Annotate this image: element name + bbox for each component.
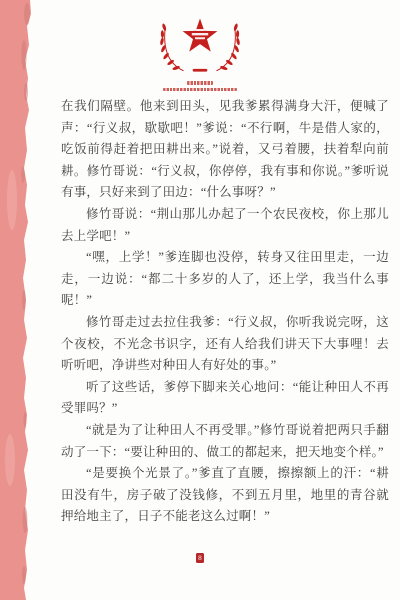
- paragraph: 修竹哥走过去拉住我爹：“行义叔，你听我说完呀，这个夜校，不光念书识字，还有人给我…: [61, 312, 389, 377]
- book-page: 在我们隔壁。他来到田头，见我爹累得满身大汗，便喊了声：“行义叔，歇歇吧！”爹说：…: [0, 0, 400, 600]
- paragraph: “就是为了让种田人不再受罪。”修竹哥说着把两只手翻动了一下：“要让种田的、做工的…: [61, 420, 389, 463]
- body-text: 在我们隔壁。他来到田头，见我爹累得满身大汗，便喊了声：“行义叔，歇歇吧！”爹说：…: [61, 96, 389, 528]
- torn-paper-strip: [0, 0, 36, 600]
- paragraph: 在我们隔壁。他来到田头，见我爹累得满身大汗，便喊了声：“行义叔，歇歇吧！”爹说：…: [61, 96, 389, 204]
- logo-caption-line-1: [187, 81, 213, 85]
- red-star-wreath-icon: [145, 13, 255, 79]
- paragraph: “是要换个光景了。”爹直了直腰，擦擦额上的汗：“耕田没有牛，房子破了没钱修，不到…: [61, 463, 389, 528]
- page-number-badge: 8: [196, 553, 204, 563]
- logo-caption-line-2: [163, 88, 237, 92]
- paragraph: 修竹哥说：“荆山那儿办起了一个农民夜校，你上那儿去上学吧！”: [61, 204, 389, 247]
- paragraph: “嘿，上学！”爹连脚也没停，转身又往田里走，一边走，一边说：“都二十多岁的人了，…: [61, 247, 389, 312]
- series-logo: [145, 13, 255, 91]
- logo-caption: [163, 81, 237, 91]
- torn-edge-graphic: [0, 0, 36, 600]
- paragraph: 听了这些话，爹停下脚来关心地问：“能让种田人不再受罪吗？”: [61, 377, 389, 420]
